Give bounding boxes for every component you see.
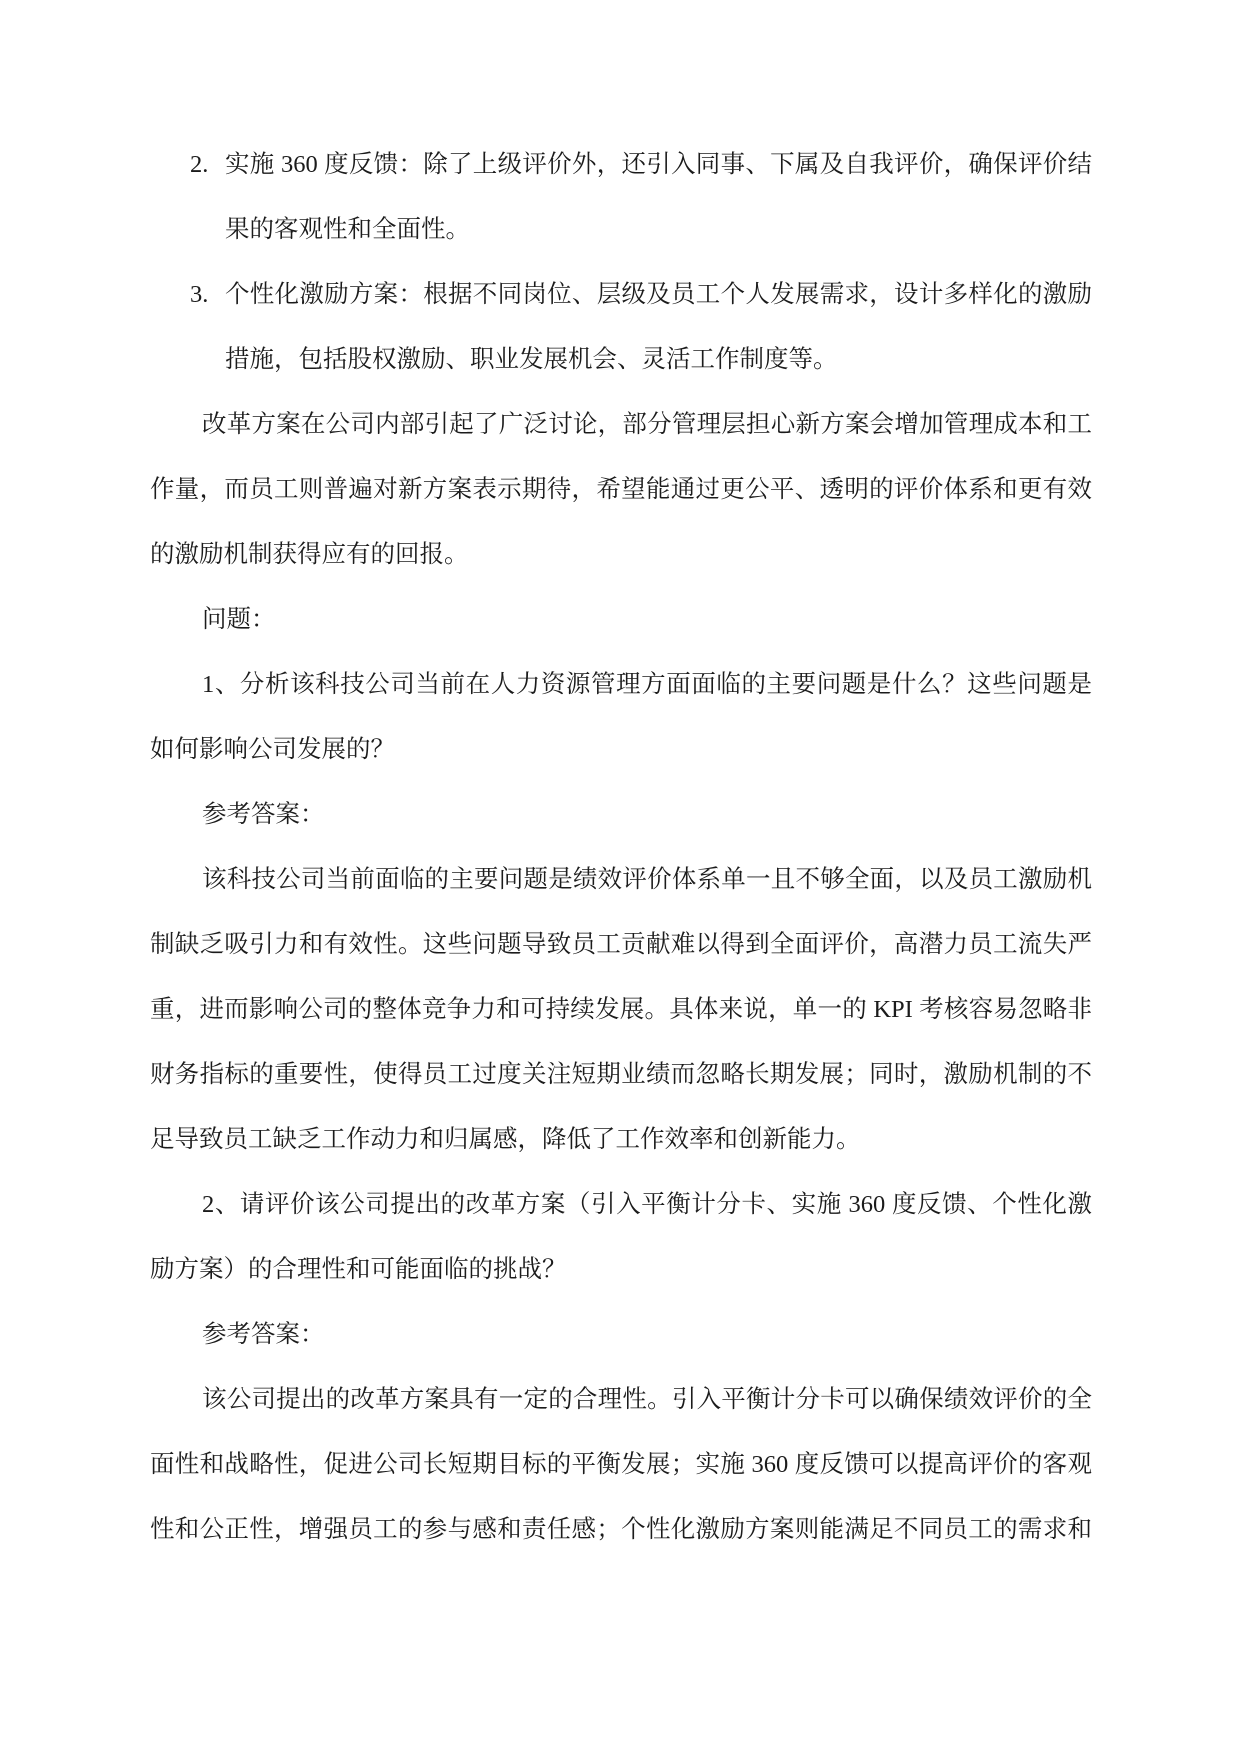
text-line: 励方案）的合理性和可能面临的挑战？ <box>150 1237 1092 1302</box>
text-line-content: 励方案）的合理性和可能面临的挑战？ <box>150 1256 567 1283</box>
text-line: 2.实施 360 度反馈：除了上级评价外，还引入同事、下属及自我评价，确保评价结 <box>150 132 1092 197</box>
text-line: 2、请评价该公司提出的改革方案（引入平衡计分卡、实施 360 度反馈、个性化激 <box>150 1172 1092 1237</box>
text-line-content: 措施，包括股权激励、职业发展机会、灵活工作制度等。 <box>225 346 838 373</box>
text-line: 该科技公司当前面临的主要问题是绩效评价体系单一且不够全面，以及员工激励机 <box>150 847 1092 912</box>
text-line: 制缺乏吸引力和有效性。这些问题导致员工贡献难以得到全面评价，高潜力员工流失严 <box>150 912 1092 977</box>
text-line: 足导致员工缺乏工作动力和归属感，降低了工作效率和创新能力。 <box>150 1107 1092 1172</box>
text-line-content: 1、分析该科技公司当前在人力资源管理方面面临的主要问题是什么？这些问题是 <box>202 671 1092 698</box>
text-line: 面性和战略性，促进公司长短期目标的平衡发展；实施 360 度反馈可以提高评价的客… <box>150 1432 1092 1497</box>
list-marker: 3. <box>190 262 225 327</box>
text-line-content: 实施 360 度反馈：除了上级评价外，还引入同事、下属及自我评价，确保评价结 <box>225 151 1092 178</box>
text-line-content: 参考答案： <box>202 801 325 828</box>
text-line: 措施，包括股权激励、职业发展机会、灵活工作制度等。 <box>150 327 1092 392</box>
text-line-content: 制缺乏吸引力和有效性。这些问题导致员工贡献难以得到全面评价，高潜力员工流失严 <box>150 931 1092 958</box>
text-line: 3.个性化激励方案：根据不同岗位、层级及员工个人发展需求，设计多样化的激励 <box>150 262 1092 327</box>
text-line: 该公司提出的改革方案具有一定的合理性。引入平衡计分卡可以确保绩效评价的全 <box>150 1367 1092 1432</box>
text-line-content: 面性和战略性，促进公司长短期目标的平衡发展；实施 360 度反馈可以提高评价的客… <box>150 1451 1092 1478</box>
text-line-content: 该公司提出的改革方案具有一定的合理性。引入平衡计分卡可以确保绩效评价的全 <box>202 1386 1092 1413</box>
text-line: 如何影响公司发展的？ <box>150 717 1092 782</box>
text-line: 问题： <box>150 587 1092 652</box>
text-line: 作量，而员工则普遍对新方案表示期待，希望能通过更公平、透明的评价体系和更有效 <box>150 457 1092 522</box>
text-line-content: 足导致员工缺乏工作动力和归属感，降低了工作效率和创新能力。 <box>150 1126 861 1153</box>
text-line: 性和公正性，增强员工的参与感和责任感；个性化激励方案则能满足不同员工的需求和 <box>150 1497 1092 1562</box>
text-line: 1、分析该科技公司当前在人力资源管理方面面临的主要问题是什么？这些问题是 <box>150 652 1092 717</box>
text-line-content: 该科技公司当前面临的主要问题是绩效评价体系单一且不够全面，以及员工激励机 <box>202 866 1092 893</box>
list-marker: 2. <box>190 132 225 197</box>
text-line-content: 问题： <box>202 606 276 633</box>
text-line-content: 参考答案： <box>202 1321 325 1348</box>
text-line-content: 财务指标的重要性，使得员工过度关注短期业绩而忽略长期发展；同时，激励机制的不 <box>150 1061 1092 1088</box>
text-line: 参考答案： <box>150 1302 1092 1367</box>
text-line: 参考答案： <box>150 782 1092 847</box>
text-line-content: 2、请评价该公司提出的改革方案（引入平衡计分卡、实施 360 度反馈、个性化激 <box>202 1191 1092 1218</box>
text-line-content: 果的客观性和全面性。 <box>225 216 470 243</box>
text-line-content: 的激励机制获得应有的回报。 <box>150 541 469 568</box>
text-line: 果的客观性和全面性。 <box>150 197 1092 262</box>
text-line: 改革方案在公司内部引起了广泛讨论，部分管理层担心新方案会增加管理成本和工 <box>150 392 1092 457</box>
text-line-content: 作量，而员工则普遍对新方案表示期待，希望能通过更公平、透明的评价体系和更有效 <box>150 476 1092 503</box>
text-line-content: 如何影响公司发展的？ <box>150 736 395 763</box>
document-page: 2.实施 360 度反馈：除了上级评价外，还引入同事、下属及自我评价，确保评价结… <box>0 0 1241 1754</box>
text-line-content: 重，进而影响公司的整体竞争力和可持续发展。具体来说，单一的 KPI 考核容易忽略… <box>150 996 1092 1023</box>
text-line-content: 改革方案在公司内部引起了广泛讨论，部分管理层担心新方案会增加管理成本和工 <box>202 411 1092 438</box>
text-line-content: 个性化激励方案：根据不同岗位、层级及员工个人发展需求，设计多样化的激励 <box>225 281 1092 308</box>
document-body: 2.实施 360 度反馈：除了上级评价外，还引入同事、下属及自我评价，确保评价结… <box>150 132 1092 1562</box>
text-line: 重，进而影响公司的整体竞争力和可持续发展。具体来说，单一的 KPI 考核容易忽略… <box>150 977 1092 1042</box>
text-line-content: 性和公正性，增强员工的参与感和责任感；个性化激励方案则能满足不同员工的需求和 <box>150 1516 1092 1543</box>
text-line: 的激励机制获得应有的回报。 <box>150 522 1092 587</box>
text-line: 财务指标的重要性，使得员工过度关注短期业绩而忽略长期发展；同时，激励机制的不 <box>150 1042 1092 1107</box>
